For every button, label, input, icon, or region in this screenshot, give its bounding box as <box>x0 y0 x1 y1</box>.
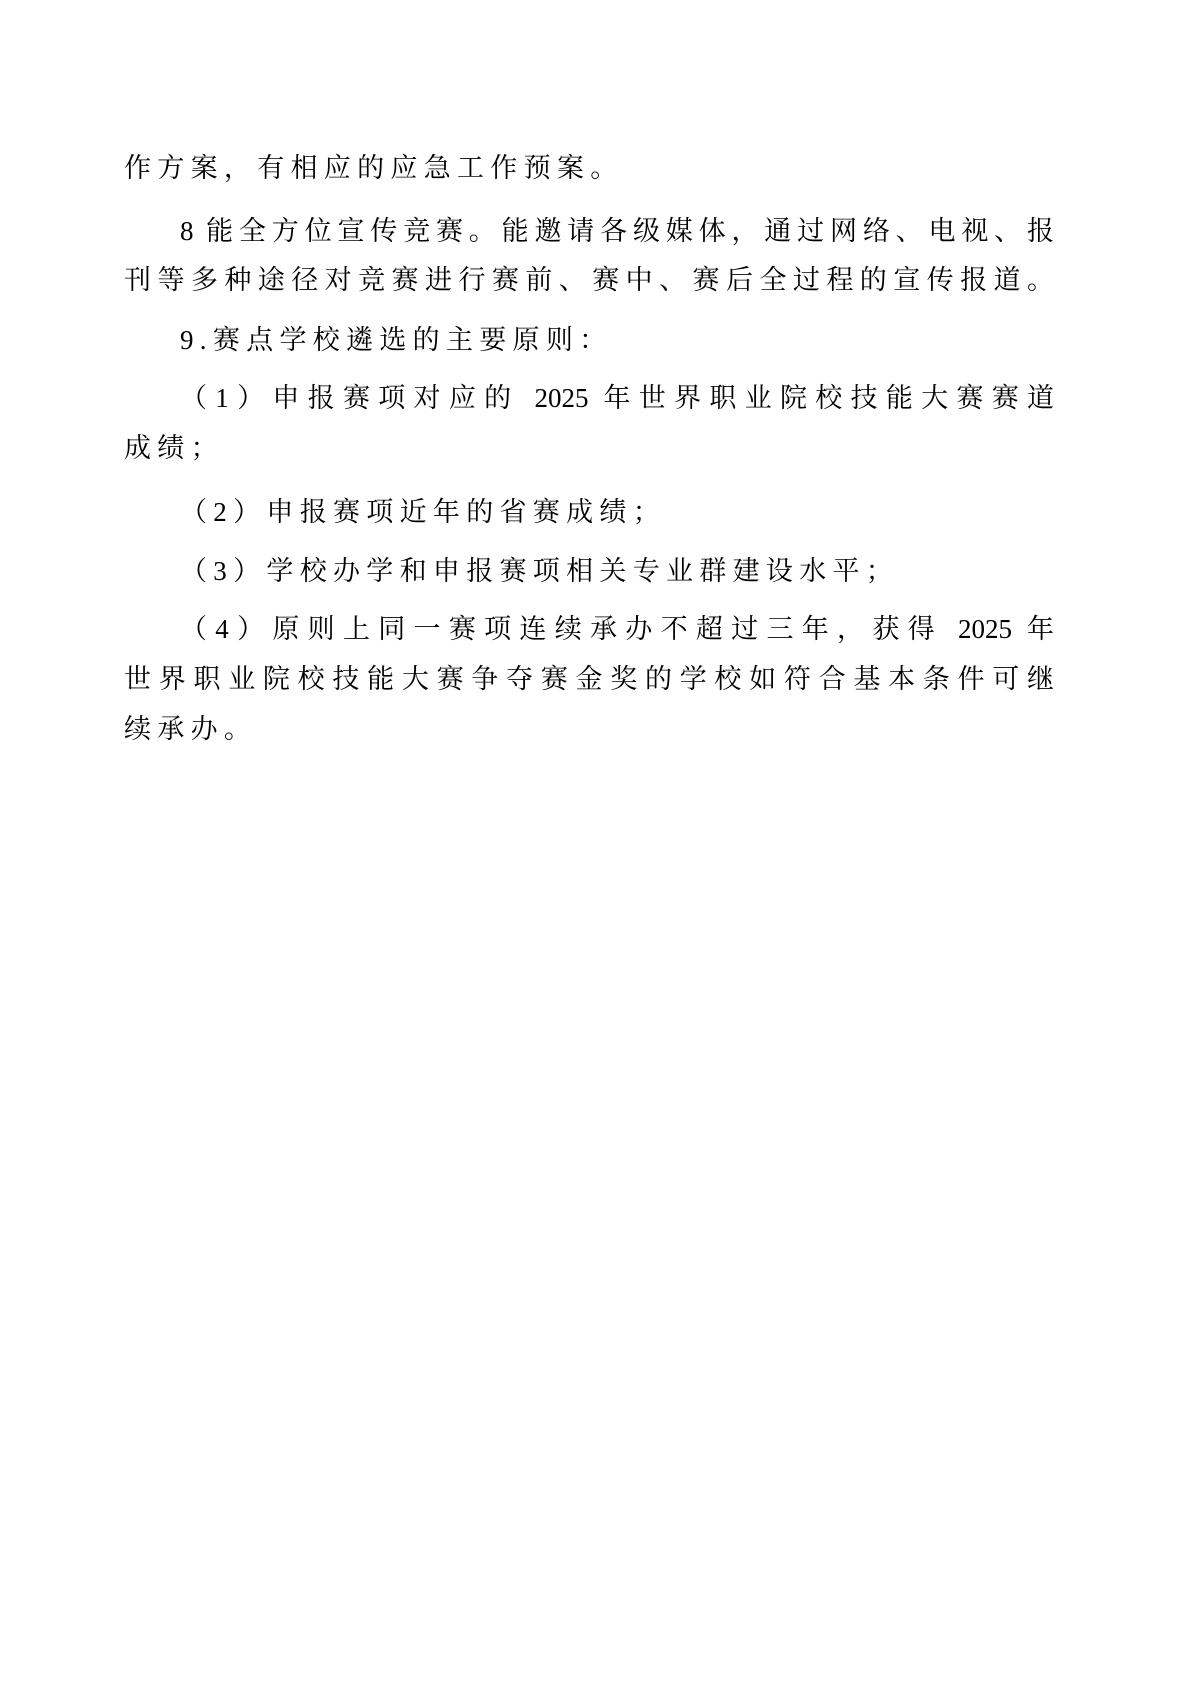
list-item-4: （4）原则上同一赛项连续承办不超过三年，获得 2025 年 <box>180 611 1054 647</box>
list-item-4-cont: 世界职业院校技能大赛争夺赛金奖的学校如符合基本条件可继 <box>124 661 1054 697</box>
paragraph-line-item-8: 8 能全方位宣传竞赛。能邀请各级媒体，通过网络、电视、报 <box>180 213 1054 249</box>
section-heading-item-9: 9.赛点学校遴选的主要原则： <box>180 322 1054 358</box>
document-page: 作方案，有相应的应急工作预案。 8 能全方位宣传竞赛。能邀请各级媒体，通过网络、… <box>0 0 1191 1684</box>
paragraph-line-item-8-cont: 刊等多种途径对竞赛进行赛前、赛中、赛后全过程的宣传报道。 <box>124 262 1054 298</box>
paragraph-line-emergency-plan: 作方案，有相应的应急工作预案。 <box>124 150 1054 186</box>
list-item-1: （1）申报赛项对应的 2025 年世界职业院校技能大赛赛道 <box>180 380 1054 416</box>
list-item-2: （2）申报赛项近年的省赛成绩； <box>180 494 1054 530</box>
list-item-1-cont: 成绩； <box>124 430 1054 466</box>
list-item-3: （3）学校办学和申报赛项相关专业群建设水平； <box>180 553 1054 589</box>
list-item-4-end: 续承办。 <box>124 711 1054 747</box>
